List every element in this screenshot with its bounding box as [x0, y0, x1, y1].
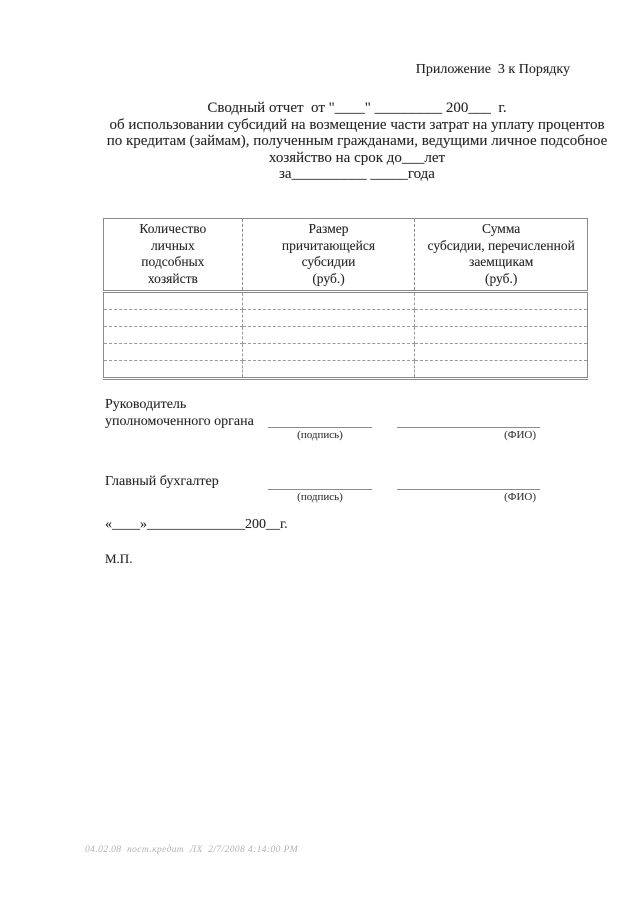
table-empty-row [104, 361, 588, 379]
director-name-line [397, 413, 540, 428]
name-caption: (ФИО) [397, 429, 540, 441]
title-line-report: Сводный отчет от "____" _________ 200___… [100, 100, 614, 117]
table-empty-cell [104, 310, 243, 327]
table-empty-cell [104, 327, 243, 344]
date-line: «____»______________200__г. [105, 517, 288, 533]
table-empty-row [104, 292, 588, 310]
table-empty-cell [242, 327, 415, 344]
scanned-form-page: Приложение 3 к Порядку Сводный отчет от … [0, 0, 640, 905]
table-empty-cell [104, 361, 243, 379]
accountant-name-line [397, 475, 540, 490]
table-empty-cell [104, 344, 243, 361]
signature-caption: (подпись) [268, 429, 372, 441]
accountant-signature-line [268, 475, 372, 490]
table-empty-cell [415, 292, 588, 310]
col-header-subsidy-transferred: Сумма субсидии, перечисленной заемщикам … [415, 219, 588, 292]
col-header-households: Количество личных подсобных хозяйств [104, 219, 243, 292]
table-empty-cell [242, 310, 415, 327]
subsidy-table-body [104, 292, 588, 379]
title-line-period: за__________ _____года [100, 166, 614, 183]
form-title-block: Сводный отчет от "____" _________ 200___… [100, 100, 614, 183]
name-caption: (ФИО) [397, 491, 540, 503]
table-empty-cell [104, 292, 243, 310]
director-label-line2: уполномоченного органа [105, 414, 254, 430]
accountant-label: Главный бухгалтер [105, 474, 219, 490]
table-empty-cell [415, 344, 588, 361]
table-empty-cell [415, 327, 588, 344]
stamp-place-label: М.П. [105, 551, 132, 567]
title-line-term: хозяйство на срок до___лет [100, 150, 614, 167]
table-header-row: Количество личных подсобных хозяйств Раз… [104, 219, 588, 292]
table-empty-row [104, 327, 588, 344]
table-empty-cell [242, 344, 415, 361]
signature-caption: (подпись) [268, 491, 372, 503]
table-empty-cell [415, 310, 588, 327]
table-empty-row [104, 344, 588, 361]
table-empty-cell [242, 361, 415, 379]
title-line-credits: по кредитам (займам), полученным граждан… [100, 133, 614, 150]
subsidy-table: Количество личных подсобных хозяйств Раз… [103, 218, 588, 380]
table-empty-cell [415, 361, 588, 379]
table-empty-row [104, 310, 588, 327]
appendix-reference: Приложение 3 к Порядку [416, 62, 570, 78]
scan-footer-note: 04.02.08 пост.кредит ЛХ 2/7/2008 4:14:00… [85, 845, 298, 855]
title-line-usage: об использовании субсидий на возмещение … [100, 117, 614, 134]
director-label-line1: Руководитель [105, 397, 186, 413]
director-signature-line [268, 413, 372, 428]
table-empty-cell [242, 292, 415, 310]
col-header-subsidy-due: Размер причитающейся субсидии (руб.) [242, 219, 415, 292]
